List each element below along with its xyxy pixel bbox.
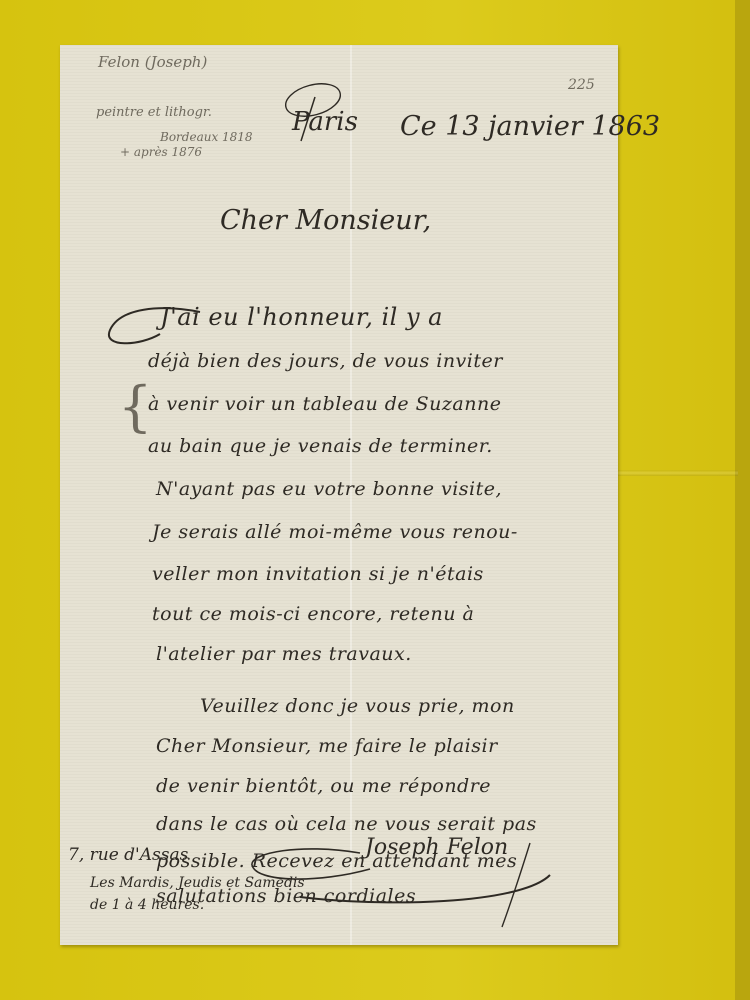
pencil-birth-note: Bordeaux 1818 [160, 130, 253, 144]
background-crease [618, 470, 738, 476]
body-line-9: l'atelier par mes travaux. [156, 643, 412, 665]
letter-paper: Felon (Joseph) peintre et lithogr. Borde… [60, 45, 618, 945]
address: 7, rue d'Assas [68, 845, 188, 865]
body-line-1: J'ai eu l'honneur, il y a [160, 303, 443, 331]
background-edge-strip [735, 0, 750, 1000]
pencil-occupation-note: peintre et lithogr. [96, 105, 212, 120]
salutation: Cher Monsieur, [220, 205, 431, 236]
body-line-13: dans le cas où cela ne vous serait pas [156, 813, 537, 835]
dateline-place: Paris [292, 107, 358, 137]
signature: Joseph Felon [365, 835, 508, 860]
dateline-date: Ce 13 janvier 1863 [400, 111, 660, 142]
body-line-5: N'ayant pas eu votre bonne visite, [156, 478, 502, 500]
body-line-4: au bain que je venais de terminer. [148, 435, 493, 457]
body-line-10: Veuillez donc je vous prie, mon [200, 695, 515, 717]
body-line-2: déjà bien des jours, de vous inviter [148, 350, 503, 372]
body-line-3: à venir voir un tableau de Suzanne [148, 393, 501, 415]
body-line-12: de venir bientôt, ou me répondre [156, 775, 491, 797]
body-line-8: tout ce mois-ci encore, retenu à [152, 603, 474, 625]
body-line-7: veller mon invitation si je n'étais [152, 563, 484, 585]
archive-number: 225 [568, 77, 595, 93]
pencil-death-note: + après 1876 [120, 145, 202, 159]
body-line-6: Je serais allé moi-même vous renou- [152, 521, 518, 543]
visiting-hours-time: de 1 à 4 heures. [90, 897, 204, 913]
pencil-name-note: Felon (Joseph) [98, 53, 207, 71]
body-line-11: Cher Monsieur, me faire le plaisir [156, 735, 498, 757]
pencil-brace-mark: { [118, 375, 152, 438]
